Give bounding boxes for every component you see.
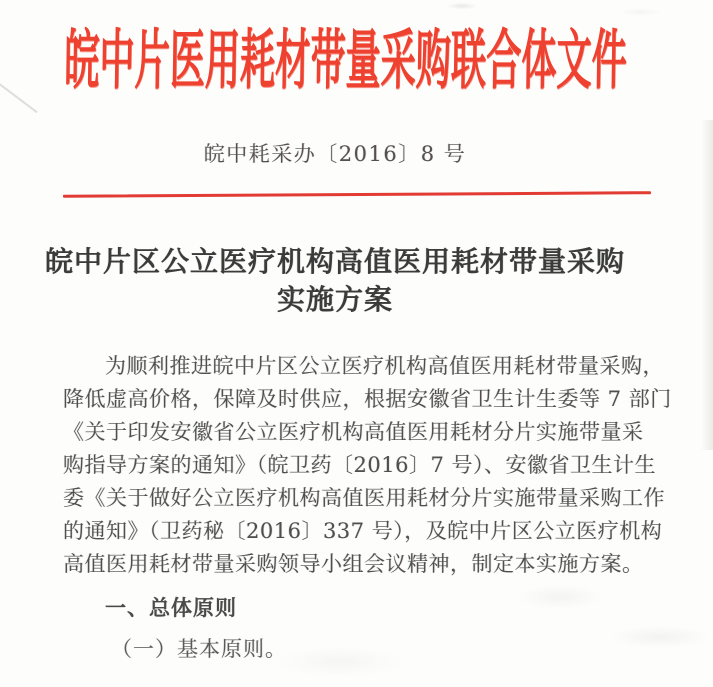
body-line: 降低虚高价格，保障及时供应，根据安徽省卫生计生委等 7 部门	[63, 383, 657, 416]
document-number: 皖中耗采办〔2016〕8 号	[0, 142, 670, 167]
body-line: 高值医用耗材带量采购领导小组会议精神，制定本实施方案。	[63, 548, 657, 581]
section-heading: 一、总体原则	[63, 596, 237, 621]
document-title: 皖中片区公立医疗机构高值医用耗材带量采购 实施方案	[0, 243, 670, 319]
body-line: 的通知》（卫药秘〔2016〕337 号），及皖中片区公立医疗机构	[63, 515, 657, 548]
document-title-line2: 实施方案	[0, 281, 670, 319]
document-title-line1: 皖中片区公立医疗机构高值医用耗材带量采购	[0, 243, 670, 281]
letterhead: 皖中片医用耗材带量采购联合体文件	[0, 28, 692, 65]
letterhead-title: 皖中片医用耗材带量采购联合体文件	[64, 28, 627, 93]
body-paragraph: 为顺利推进皖中片区公立医疗机构高值医用耗材带量采购，降低虚高价格，保障及时供应，…	[63, 350, 657, 581]
body-line: 委《关于做好公立医疗机构高值医用耗材分片实施带量采购工作	[63, 482, 657, 515]
body-line: 为顺利推进皖中片区公立医疗机构高值医用耗材带量采购，	[63, 350, 657, 383]
scan-smudge	[0, 83, 38, 113]
body-line: 购指导方案的通知》（皖卫药〔2016〕7 号）、安徽省卫生计生	[63, 449, 657, 482]
letterhead-rule	[63, 191, 651, 198]
scan-edge-streak	[701, 120, 713, 450]
scanned-document-page: 皖中片医用耗材带量采购联合体文件 皖中耗采办〔2016〕8 号 皖中片区公立医疗…	[0, 0, 713, 687]
scan-blotch-bottom	[0, 567, 713, 687]
subsection-heading: （一）基本原则。	[63, 637, 287, 662]
body-line: 《关于印发安徽省公立医疗机构高值医用耗材分片实施带量采	[63, 416, 657, 449]
